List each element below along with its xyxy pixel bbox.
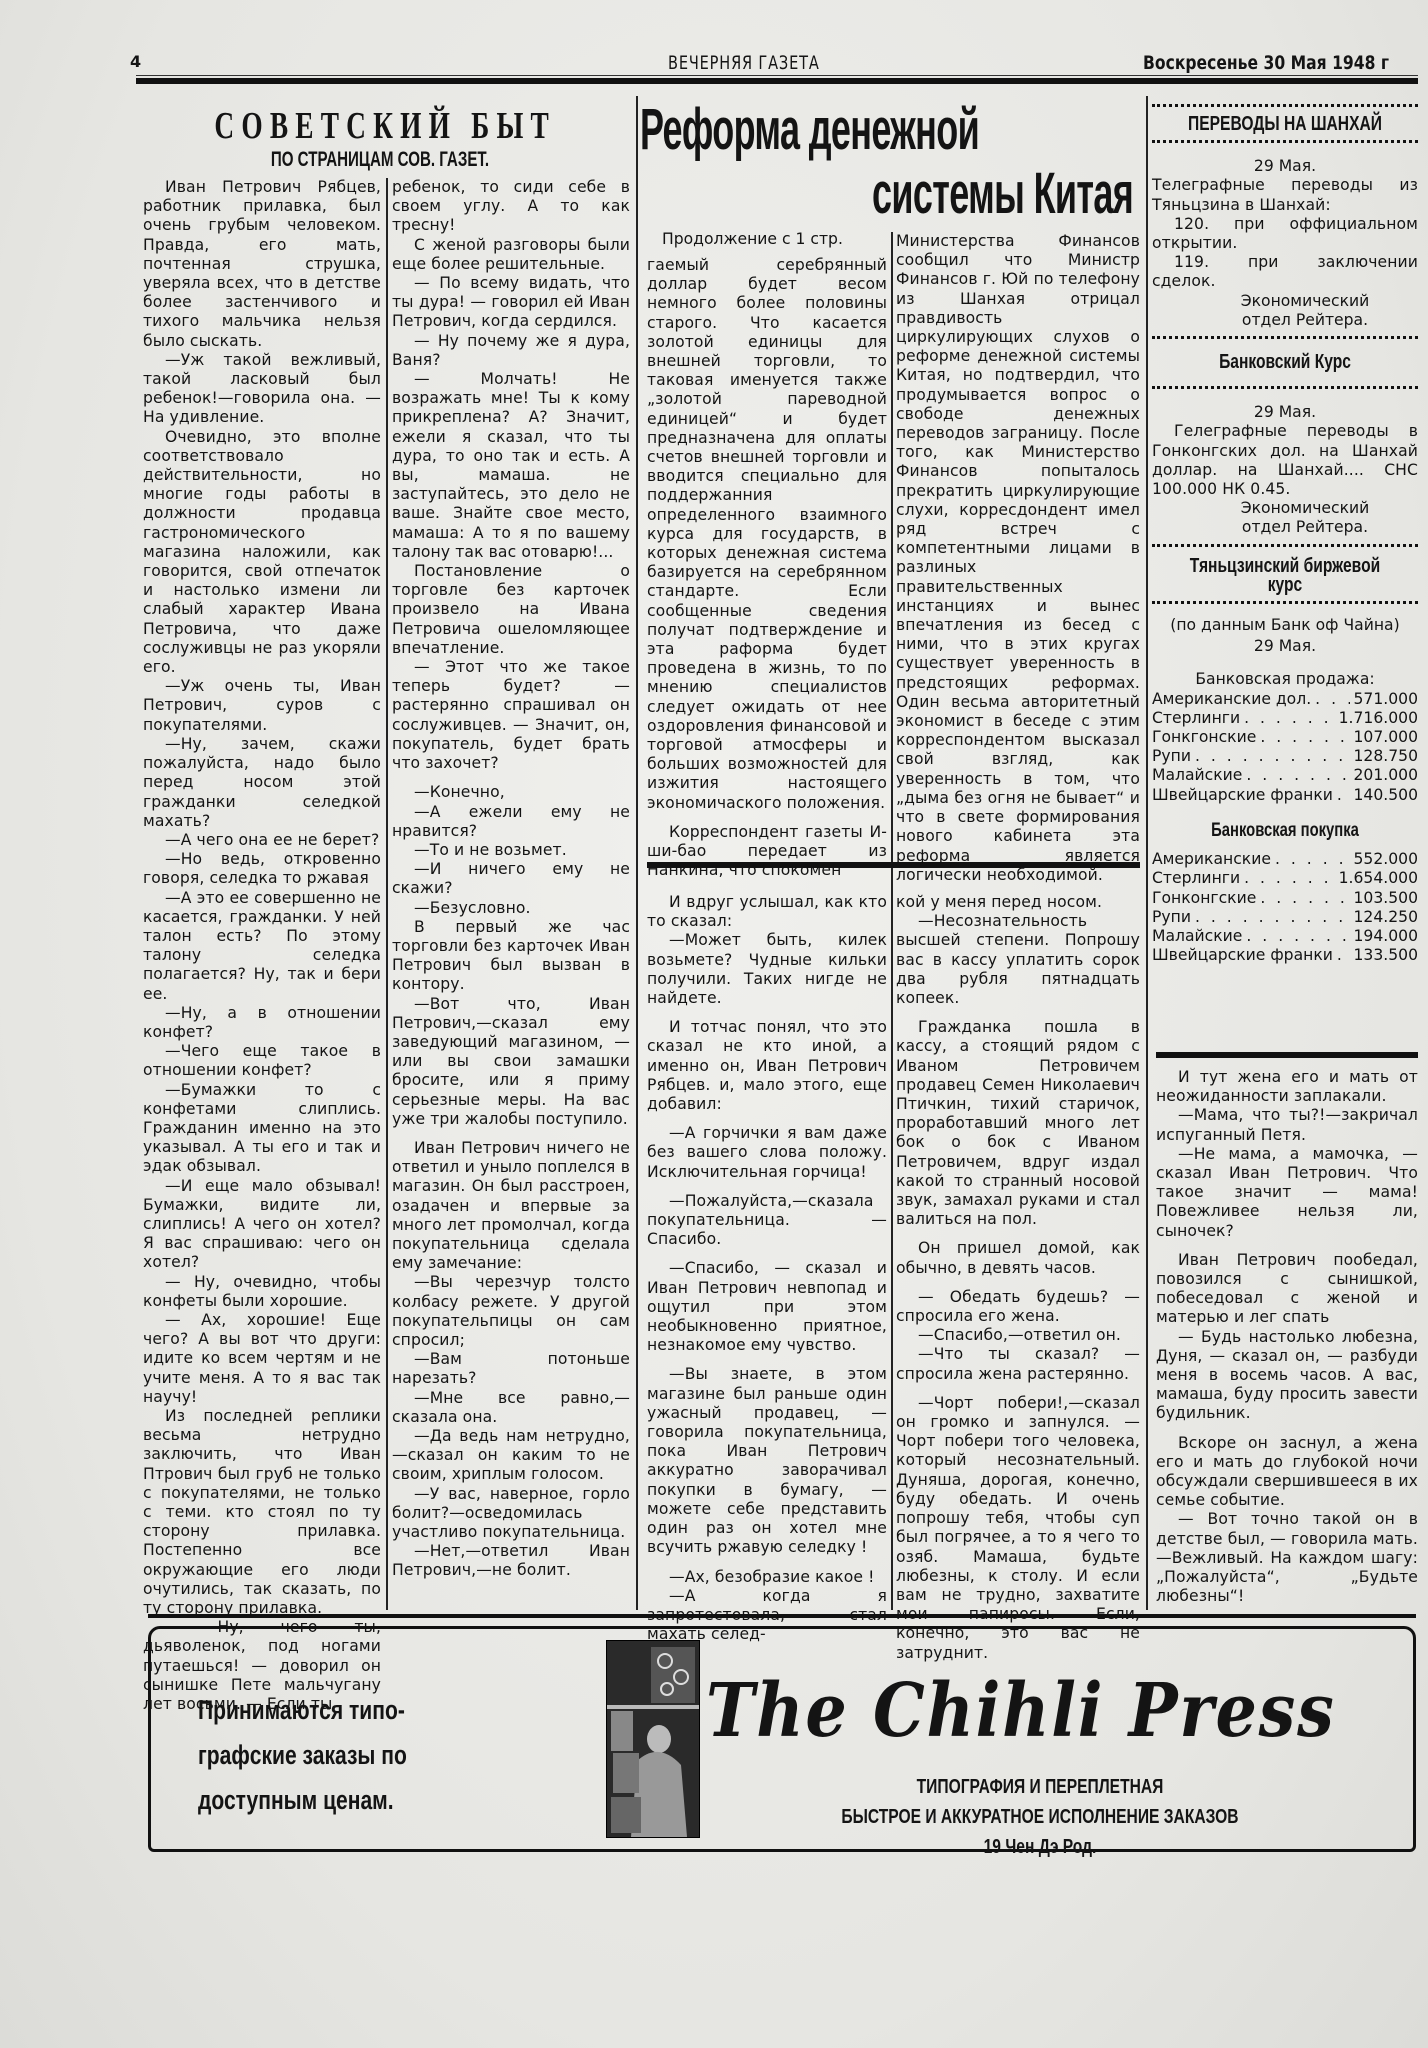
source-line: отдел Рейтера. [1152, 311, 1418, 330]
transfers-title: ПЕРЕВОДЫ НА ШАНХАЙ [1181, 115, 1388, 134]
rate-row: Швейцарские франки133.500 [1152, 946, 1418, 965]
paragraph: — По всему видать, что ты дура! — говори… [392, 274, 630, 332]
reform-column-1: гаемый серебрянный доллар будет весом не… [647, 256, 887, 881]
bank-rate-date: 29 Мая. [1152, 403, 1418, 422]
paragraph: —А чего она ее не берет? [143, 831, 381, 850]
paragraph: И вдруг услышал, как кто то сказал: [647, 893, 887, 931]
currency: Рупи [1152, 908, 1191, 927]
article-column-1: Иван Петрович Рябцев, работник прилавка,… [143, 178, 381, 1714]
paragraph: —Конечно, [392, 783, 630, 802]
source-line: Экономический [1152, 499, 1418, 518]
paragraph: —Пожалуйста,—сказала покупательница. — С… [647, 1192, 887, 1250]
paragraph: — Обедать будешь? — спросила его жена. [896, 1288, 1140, 1326]
rate-row: Малайские201.000 [1152, 766, 1418, 785]
section-divider [1156, 1052, 1418, 1058]
transfers-date: 29 Мая. [1152, 157, 1418, 176]
paragraph: —Ну, а в отношении конфет? [143, 1004, 381, 1042]
rate-row: Стерлинги1.716.000 [1152, 709, 1418, 728]
ad-line: графские заказы по [198, 1733, 432, 1778]
source-line: отдел Рейтера. [1152, 518, 1418, 537]
paragraph: — Вот точно такой он в детстве был, — го… [1156, 1510, 1418, 1606]
headline-reform-line-1: Реформа денежной [640, 96, 979, 163]
brand-logo: The Chihli Press [706, 1668, 1336, 1754]
paragraph: —А ежели ему не нравится? [392, 803, 630, 841]
paragraph: Иван Петрович пообедал, повозился с сыни… [1156, 1251, 1418, 1328]
paragraph: — Будь настолько любезна, Дуня, — сказал… [1156, 1328, 1418, 1424]
paragraph: —Несознательность высшей степени. Попрош… [896, 912, 1140, 1008]
paragraph: ребенок, то сиди себе в своем углу. А то… [392, 178, 630, 236]
paragraph: кой у меня перед носом. [896, 893, 1140, 912]
rate-value: 571.000 [1354, 690, 1418, 709]
headline-reform-line-2: системы Китая [872, 160, 1133, 227]
currency: Гонконгские [1152, 889, 1256, 908]
paragraph: —Что ты сказал? —спросила жена растерянн… [896, 1345, 1140, 1383]
transfers-lines: Телеграфные переводы из Тяньцзина в Шанх… [1152, 176, 1418, 291]
currency: Рупи [1152, 747, 1191, 766]
paragraph: — Этот что же такое теперь будет? — раст… [392, 658, 630, 773]
paragraph: гаемый серебрянный доллар будет весом не… [647, 256, 887, 813]
ad-address: 19 Чен Дэ Род. [845, 1836, 1235, 1859]
rate-value: 201.000 [1354, 766, 1418, 785]
rate-row: Швейцарские франки140.500 [1152, 786, 1418, 805]
paragraph: Он пришел домой, как обычно, в девять ча… [896, 1239, 1140, 1277]
paragraph: И тут жена его и мать от неожиданности з… [1156, 1068, 1418, 1106]
paragraph: —И ничего ему не скажи? [392, 860, 630, 898]
section-divider [647, 862, 1140, 868]
paragraph: Вскоре он заснул, а жена его и мать до г… [1156, 1434, 1418, 1511]
masthead-rule-thin [136, 75, 1418, 76]
currency: Стерлинги [1152, 709, 1240, 728]
currency: Стерлинги [1152, 869, 1240, 888]
currency: Американские дол. [1152, 690, 1311, 709]
paragraph: — Молчать! Не возражать мне! Ты к кому п… [392, 370, 630, 562]
paragraph: Из последней реплики весьма нетрудно зак… [143, 1407, 381, 1618]
column-rule [1146, 96, 1148, 1610]
article-column-4: кой у меня перед носом. —Несознательност… [896, 893, 1140, 1663]
paragraph: —Мне все равно,—сказала она. [392, 1389, 630, 1427]
paragraph: —У вас, наверное, горло болит?—осведомил… [392, 1485, 630, 1543]
page-number: 4 [130, 52, 141, 71]
exchange-title-2: курс [1181, 576, 1388, 595]
paragraph: —Нет,—ответил Иван Петрович,—не болит. [392, 1542, 630, 1580]
rate-row: Рупи128.750 [1152, 747, 1418, 766]
currency: Американские [1152, 850, 1271, 869]
bank-rate-text: Гелеграфные переводы в Гонконгских дол. … [1152, 422, 1418, 499]
paragraph: —Бумажки то с конфетами слиплись. Гражда… [143, 1081, 381, 1177]
article-column-3: И вдруг услышал, как кто то сказал: —Мож… [647, 893, 887, 1644]
currency: Малайские [1152, 927, 1242, 946]
paragraph: —Может быть, килек возьмете? Чудные киль… [647, 931, 887, 1008]
paragraph: — Ну, очевидно, чтобы конфеты были хорош… [143, 1273, 381, 1311]
dotted-rule [1152, 544, 1418, 547]
ad-line: доступным ценам. [198, 1778, 432, 1823]
dotted-rule [1152, 386, 1418, 389]
rate-value: 1.716.000 [1339, 709, 1418, 728]
paragraph: — Ну почему же я дура, Ваня? [392, 332, 630, 370]
rate-value: 107.000 [1354, 728, 1418, 747]
paragraph: —Но ведь, откровенно говоря, селедка то … [143, 850, 381, 888]
rate-value: 194.000 [1354, 927, 1418, 946]
column-rule [636, 96, 638, 1610]
column-rule [891, 232, 893, 1610]
sale-table: Американские дол.571.000 Стерлинги1.716.… [1152, 690, 1418, 805]
paragraph: Иван Петрович ничего не ответил и уныло … [392, 1139, 630, 1273]
rate-value: 124.250 [1354, 908, 1418, 927]
rate-value: 552.000 [1354, 850, 1418, 869]
paragraph: —Вам потоньше нарезать? [392, 1350, 630, 1388]
reform-column-2: Министерства Финансов сообщил что Минист… [896, 232, 1140, 885]
continuation-note: Продолжение с 1 стр. [662, 230, 843, 248]
ad-service-line: ТИПОГРАФИЯ И ПЕРЕПЛЕТНАЯ [845, 1776, 1235, 1799]
paragraph: —Вы черезчур толсто колбасу режете. У др… [392, 1273, 630, 1350]
dotted-rule [1152, 601, 1418, 604]
ad-left-text: Принимаются типо- графские заказы по дос… [198, 1688, 432, 1823]
paragraph: —Спасибо,—ответил он. [896, 1326, 1140, 1345]
rate-row: Рупи124.250 [1152, 908, 1418, 927]
sale-title: Банковская продажа: [1152, 670, 1418, 689]
paragraph: —Ну, зачем, скажи пожалуйста, надо было … [143, 735, 381, 831]
currency: Гонкгонские [1152, 728, 1256, 747]
masthead-rule [136, 78, 1418, 84]
rate-row: Стерлинги1.654.000 [1152, 869, 1418, 888]
paragraph: Очевидно, это вполне соответствовало дей… [143, 428, 381, 678]
rate-row: Американские552.000 [1152, 850, 1418, 869]
dotted-rule [1152, 140, 1418, 143]
currency: Швейцарские франки [1152, 786, 1333, 805]
paragraph: —Чорт побери!,—сказал он громко и запнул… [896, 1394, 1140, 1663]
paragraph: —То и не возьмет. [392, 841, 630, 860]
purchase-title: Банковская покупка [1181, 821, 1388, 840]
paragraph: —Уж очень ты, Иван Петрович, суров с пок… [143, 677, 381, 735]
paragraph: Гражданка пошла в кассу, а стоящий рядом… [896, 1018, 1140, 1229]
paragraph: —Чего еще такое в отношении конфет? [143, 1042, 381, 1080]
paragraph: —А это ее совершенно не касается, гражда… [143, 889, 381, 1004]
paragraph: И тотчас понял, что это сказал не кто ин… [647, 1018, 887, 1114]
rate-row: Гонконгские103.500 [1152, 889, 1418, 908]
ad-line: Принимаются типо- [198, 1688, 432, 1733]
paragraph: —Уж такой вежливый, такой ласковый был р… [143, 351, 381, 428]
paragraph: —А горчички я вам даже без вашего слова … [647, 1124, 887, 1182]
column-rule [386, 178, 388, 1610]
issue-date: Воскресенье 30 Мая 1948 г [1143, 52, 1389, 74]
exchange-date: 29 Мая. [1152, 637, 1418, 656]
transfers-box: ПЕРЕВОДЫ НА ШАНХАЙ 29 Мая. Телеграфные п… [1152, 104, 1418, 965]
printer-woodcut-image [606, 1640, 700, 1838]
paragraph: Гелеграфные переводы в Гонконгских дол. … [1152, 422, 1418, 499]
rate-value: 1.654.000 [1339, 869, 1418, 888]
paragraph: С женой разговоры были еще более решител… [392, 236, 630, 274]
dotted-rule [1152, 336, 1418, 339]
paragraph: —Ах, безобразие какое ! [647, 1568, 887, 1587]
dotted-rule [1152, 104, 1418, 107]
currency: Швейцарские франки [1152, 946, 1333, 965]
paragraph: —Безусловно. [392, 899, 630, 918]
rate-value: 128.750 [1354, 747, 1418, 766]
transfers-line: Телеграфные переводы из Тяньцзина в Шанх… [1152, 176, 1418, 214]
transfers-line: 120. при оффициальном открытии. [1152, 215, 1418, 253]
paragraph: Иван Петрович Рябцев, работник прилавка,… [143, 178, 381, 351]
paragraph: —Да ведь нам нетрудно,—сказал он каким т… [392, 1427, 630, 1485]
purchase-table: Американские552.000 Стерлинги1.654.000 Г… [1152, 850, 1418, 965]
rate-value: 103.500 [1354, 889, 1418, 908]
section-divider [148, 1614, 1416, 1618]
newspaper-title: ВЕЧЕРНЯЯ ГАЗЕТА [668, 52, 820, 74]
paragraph: —Вы знаете, в этом магазине был раньше о… [647, 1365, 887, 1557]
transfers-line: 119. при заключении сделок. [1152, 253, 1418, 291]
currency: Малайские [1152, 766, 1242, 785]
paragraph: —Вот что, Иван Петрович,—сказал ему заве… [392, 995, 630, 1129]
rate-value: 140.500 [1354, 786, 1418, 805]
section-subtitle: ПО СТРАНИЦАМ СОВ. ГАЗЕТ. [214, 148, 545, 172]
paragraph: В первый же час торговли без карточек Ив… [392, 918, 630, 995]
section-title-soviet-life: СОВЕТСКИЙ БЫТ [214, 104, 545, 148]
paragraph: Министерства Финансов сообщил что Минист… [896, 232, 1140, 885]
paragraph: Корреспондент газеты И-ши-бао передает и… [647, 823, 887, 881]
paragraph: — Ах, хорошие! Еще чего? А вы вот что др… [143, 1311, 381, 1407]
paragraph: —Мама, что ты?!—закричал испуганный Петя… [1156, 1106, 1418, 1144]
bank-rate-title: Банковский Курс [1181, 353, 1388, 372]
rate-row: Малайские194.000 [1152, 927, 1418, 946]
rate-row: Гонкгонские107.000 [1152, 728, 1418, 747]
paragraph: —Спасибо, — сказал и Иван Петрович невпо… [647, 1259, 887, 1355]
paragraph: —Не мама, а мамочка, —сказал Иван Петров… [1156, 1145, 1418, 1241]
rate-row: Американские дол.571.000 [1152, 690, 1418, 709]
ad-service-line: БЫСТРОЕ И АККУРАТНОЕ ИСПОЛНЕНИЕ ЗАКАЗОВ [806, 1806, 1274, 1829]
source-line: Экономический [1152, 292, 1418, 311]
paragraph: —И еще мало обзывал! Бумажки, видите ли,… [143, 1177, 381, 1273]
paragraph: Постановление о торговле без карточек пр… [392, 562, 630, 658]
exchange-note: (по данным Банк оф Чайна) [1152, 616, 1418, 635]
article-column-5: И тут жена его и мать от неожиданности з… [1156, 1068, 1418, 1606]
rate-value: 133.500 [1354, 946, 1418, 965]
article-column-2: ребенок, то сиди себе в своем углу. А то… [392, 178, 630, 1581]
